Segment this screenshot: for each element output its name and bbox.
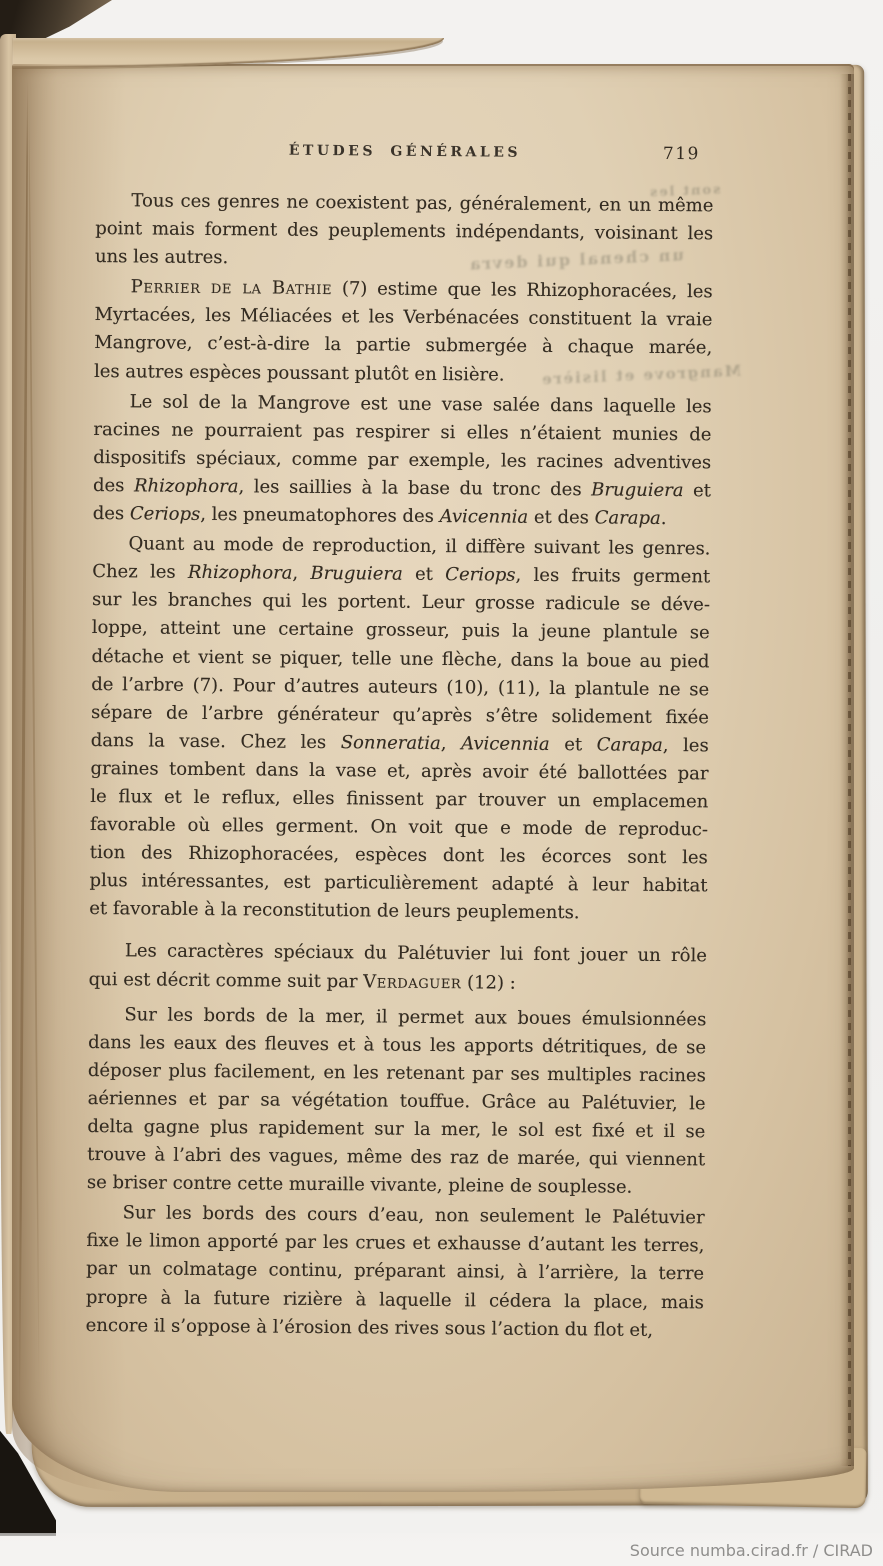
text-line: et favorable à la reconstitution de leur… — [89, 895, 707, 928]
paragraph: Le sol de la Mangrove est une vase salée… — [93, 388, 712, 534]
text-line: se briser contre cette muraille vivante,… — [87, 1169, 705, 1202]
page-deckle-edge — [840, 74, 854, 1466]
body-text: Tous ces genres ne coexistent pas, génér… — [86, 187, 714, 1345]
page-number: 719 — [663, 144, 700, 164]
paragraph: Sur les bords de la mer, il permet aux b… — [87, 1001, 707, 1203]
paragraph: Perrier de la Bathie (7) estime que les … — [94, 273, 713, 391]
paragraph: Sur les bords des cours d’eau, non seule… — [86, 1199, 705, 1345]
text-line: les autres espèces poussant plutôt en li… — [94, 358, 712, 391]
text-line: qui est décrit comme suit par Verdaguer … — [89, 965, 707, 998]
paragraph: Les caractères spéciaux du Palétuvier lu… — [89, 937, 707, 999]
paragraph: Tous ces genres ne coexistent pas, génér… — [95, 187, 714, 277]
text-line: des Ceriops, les pneumatophores des Avic… — [93, 500, 711, 533]
running-title: ÉTUDES GÉNÉRALES — [96, 141, 714, 170]
watermark-text: Source numba.cirad.fr / CIRAD — [630, 1541, 873, 1560]
text-line: uns les autres. — [95, 243, 713, 276]
text-line: encore il s’oppose à l’érosion des rives… — [86, 1312, 704, 1345]
paragraph: Quant au mode de reproduction, il diffèr… — [89, 530, 710, 929]
book-scan: un chenal qui devraMangrove et lisièreso… — [0, 0, 883, 1566]
page-text: ÉTUDES GÉNÉRALES 719 Tous ces genres ne … — [86, 141, 714, 1345]
